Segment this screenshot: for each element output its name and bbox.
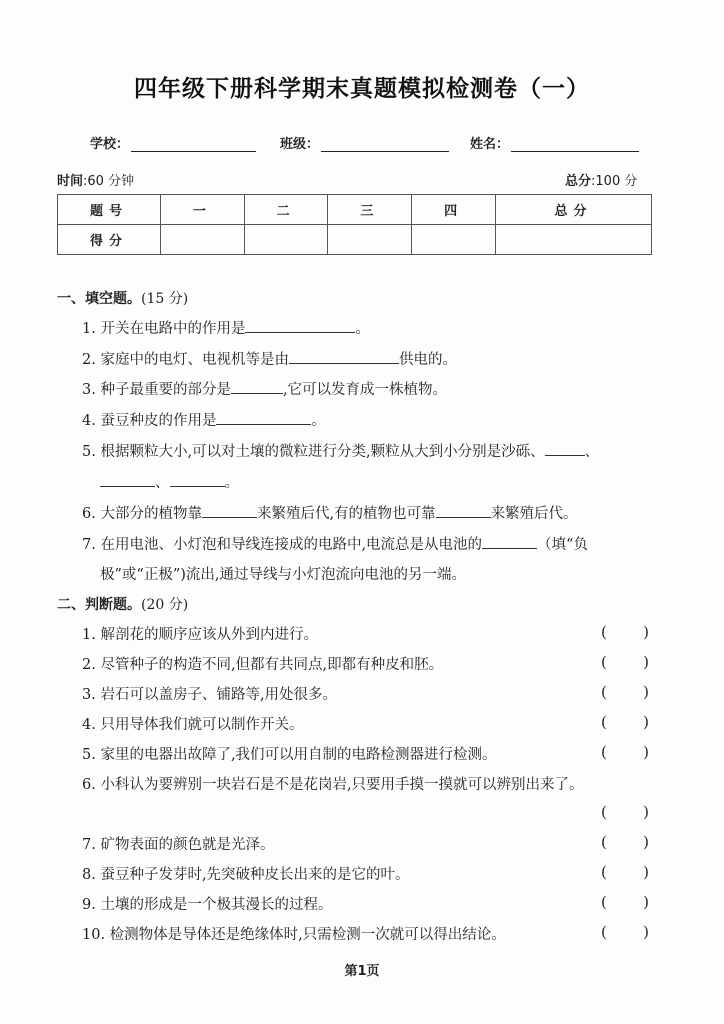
question-text: 。: [311, 413, 326, 429]
school-field: 学校：: [90, 133, 256, 152]
question-text: 尽管种子的构造不同,但都有共同点,即都有种皮和胚。: [100, 657, 443, 673]
paren-open: (: [601, 653, 607, 671]
header-cell: 三: [328, 195, 412, 225]
school-input-line[interactable]: [131, 137, 256, 152]
answer-blank[interactable]: [100, 472, 155, 487]
question-text: 解剖花的顺序应该从外到内进行。: [100, 627, 318, 643]
answer-blank[interactable]: [202, 503, 257, 518]
answer-blank[interactable]: [289, 349, 399, 364]
answer-blank[interactable]: [545, 441, 585, 456]
paren-close: ): [643, 683, 649, 701]
answer-blank[interactable]: [245, 318, 355, 333]
question-number: 10.: [82, 927, 105, 943]
fill-question-6: 6. 大部分的植物靠来繁殖后代,有的植物也可靠来繁殖后代。: [82, 502, 578, 523]
paren-close: ): [643, 713, 649, 731]
question-text: ,它可以发育成一株植物。: [283, 382, 447, 398]
question-number: 3.: [82, 687, 96, 703]
question-number: 5.: [82, 444, 96, 460]
header-cell: 四: [412, 195, 496, 225]
question-text: 家庭中的电灯、电视机等是由: [100, 352, 289, 368]
answer-blank[interactable]: [436, 503, 491, 518]
question-text: 小科认为要辨别一块岩石是不是花岗岩,只要用手摸一摸就可以辨别出来了。: [100, 777, 583, 793]
score-table-score-row: 得分: [58, 225, 652, 255]
header-cell: 二: [244, 195, 328, 225]
paren-open: (: [601, 623, 607, 641]
fill-question-1: 1. 开关在电路中的作用是。: [82, 317, 370, 338]
question-text: 种子最重要的部分是: [100, 382, 231, 398]
section1-title: 一、填空题。: [57, 291, 141, 307]
answer-parentheses[interactable]: (): [601, 863, 649, 881]
question-number: 6.: [82, 506, 96, 522]
question-number: 3.: [82, 382, 96, 398]
paren-open: (: [601, 923, 607, 941]
class-field: 班级：: [280, 133, 449, 152]
answer-parentheses[interactable]: (): [601, 653, 649, 671]
judge-question-4: 4. 只用导体我们就可以制作开关。: [82, 713, 303, 734]
total-value: :100 分: [591, 174, 637, 189]
page-number: 第1页: [0, 960, 724, 979]
question-text: 、: [155, 475, 170, 491]
question-text: 矿物表面的颜色就是光泽。: [100, 837, 274, 853]
paren-close: ): [643, 833, 649, 851]
answer-blank[interactable]: [170, 472, 225, 487]
section1-heading: 一、填空题。(15 分): [57, 288, 188, 308]
question-text: 。: [355, 321, 370, 337]
paren-open: (: [601, 803, 607, 821]
paren-close: ): [643, 653, 649, 671]
score-cell[interactable]: [495, 225, 651, 255]
paren-close: ): [643, 743, 649, 761]
paren-close: ): [643, 863, 649, 881]
question-text: 来繁殖后代。: [491, 506, 578, 522]
paren-open: (: [601, 863, 607, 881]
fill-question-7-line2: 极”或“正极”)流出,通过导线与小灯泡流向电池的另一端。: [100, 563, 466, 584]
answer-parentheses[interactable]: (): [601, 833, 649, 851]
paren-open: (: [601, 683, 607, 701]
judge-question-5: 5. 家里的电器出故障了,我们可以用自制的电路检测器进行检测。: [82, 743, 497, 764]
question-number: 4.: [82, 717, 96, 733]
paren-open: (: [601, 893, 607, 911]
header-cell: 一: [161, 195, 245, 225]
total-label: 总分: [565, 174, 591, 189]
question-text: （填“负: [537, 537, 588, 553]
answer-parentheses[interactable]: (): [601, 623, 649, 641]
question-text: 蚕豆种皮的作用是: [100, 413, 216, 429]
section1-points: (15 分): [141, 291, 188, 307]
section2-heading: 二、判断题。(20 分): [57, 594, 188, 614]
school-label: 学校：: [90, 133, 129, 152]
answer-parentheses[interactable]: (): [601, 743, 649, 761]
answer-parentheses[interactable]: (): [601, 713, 649, 731]
section2-points: (20 分): [141, 597, 188, 613]
question-text: 岩石可以盖房子、铺路等,用处很多。: [100, 687, 337, 703]
question-text: 、: [585, 444, 600, 460]
fill-question-5-line2: 、。: [100, 471, 239, 492]
question-number: 1.: [82, 627, 96, 643]
question-text: 供电的。: [399, 352, 457, 368]
question-number: 6.: [82, 777, 96, 793]
time-value: :60 分钟: [83, 174, 134, 189]
judge-question-10: 10. 检测物体是导体还是绝缘体时,只需检测一次就可以得出结论。: [82, 923, 506, 944]
question-text: 开关在电路中的作用是: [100, 321, 245, 337]
paren-close: ): [643, 623, 649, 641]
header-cell: 总分: [495, 195, 651, 225]
score-cell[interactable]: [244, 225, 328, 255]
paren-close: ): [643, 923, 649, 941]
fill-question-5: 5. 根据颗粒大小,可以对土壤的微粒进行分类,颗粒从大到小分别是沙砾、、: [82, 440, 599, 461]
judge-question-9: 9. 土壤的形成是一个极其漫长的过程。: [82, 893, 332, 914]
judge-question-8: 8. 蚕豆种子发芽时,先突破种皮长出来的是它的叶。: [82, 863, 410, 884]
question-text: 检测物体是导体还是绝缘体时,只需检测一次就可以得出结论。: [110, 927, 506, 943]
fill-question-7: 7. 在用电池、小灯泡和导线连接成的电路中,电流总是从电池的（填“负: [82, 533, 588, 554]
paren-open: (: [601, 833, 607, 851]
fill-question-4: 4. 蚕豆种皮的作用是。: [82, 409, 326, 430]
section2-title: 二、判断题。: [57, 597, 141, 613]
answer-parentheses[interactable]: (): [601, 893, 649, 911]
question-number: 5.: [82, 747, 96, 763]
score-table: 题号 一 二 三 四 总分 得分: [57, 194, 652, 255]
question-text: 家里的电器出故障了,我们可以用自制的电路检测器进行检测。: [100, 747, 496, 763]
total-info: 总分:100 分: [565, 170, 637, 189]
question-text: 在用电池、小灯泡和导线连接成的电路中,电流总是从电池的: [100, 537, 482, 553]
judge-question-7: 7. 矿物表面的颜色就是光泽。: [82, 833, 274, 854]
class-label: 班级：: [280, 133, 319, 152]
name-label: 姓名：: [470, 133, 509, 152]
score-table-header-row: 题号 一 二 三 四 总分: [58, 195, 652, 225]
time-label: 时间: [57, 174, 83, 189]
fill-question-3: 3. 种子最重要的部分是,它可以发育成一株植物。: [82, 378, 447, 399]
page-title: 四年级下册科学期末真题模拟检测卷（一）: [0, 70, 724, 103]
class-input-line[interactable]: [321, 137, 449, 152]
judge-question-6: 6. 小科认为要辨别一块岩石是不是花岗岩,只要用手摸一摸就可以辨别出来了。: [82, 773, 584, 794]
judge-question-2: 2. 尽管种子的构造不同,但都有共同点,即都有种皮和胚。: [82, 653, 443, 674]
question-number: 2.: [82, 657, 96, 673]
fill-question-2: 2. 家庭中的电灯、电视机等是由供电的。: [82, 348, 457, 369]
row-label: 得分: [58, 225, 161, 255]
name-field: 姓名：: [470, 133, 639, 152]
score-cell[interactable]: [412, 225, 496, 255]
question-text: 来繁殖后代,有的植物也可靠: [257, 506, 436, 522]
question-number: 1.: [82, 321, 96, 337]
answer-blank[interactable]: [482, 534, 537, 549]
question-text: 只用导体我们就可以制作开关。: [100, 717, 303, 733]
answer-blank[interactable]: [216, 410, 311, 425]
time-info: 时间:60 分钟: [57, 170, 134, 189]
question-number: 4.: [82, 413, 96, 429]
judge-question-1: 1. 解剖花的顺序应该从外到内进行。: [82, 623, 318, 644]
answer-parentheses[interactable]: (): [601, 683, 649, 701]
question-number: 7.: [82, 837, 96, 853]
score-cell[interactable]: [161, 225, 245, 255]
question-text: 根据颗粒大小,可以对土壤的微粒进行分类,颗粒从大到小分别是沙砾、: [100, 444, 544, 460]
question-number: 9.: [82, 897, 96, 913]
question-text: 。: [225, 475, 240, 491]
paren-close: ): [643, 893, 649, 911]
question-number: 7.: [82, 537, 96, 553]
paren-close: ): [643, 803, 649, 821]
question-number: 2.: [82, 352, 96, 368]
question-text: 蚕豆种子发芽时,先突破种皮长出来的是它的叶。: [100, 867, 409, 883]
question-text: 极”或“正极”)流出,通过导线与小灯泡流向电池的另一端。: [100, 567, 466, 583]
question-text: 土壤的形成是一个极其漫长的过程。: [100, 897, 332, 913]
answer-parentheses[interactable]: (): [601, 923, 649, 941]
score-cell[interactable]: [328, 225, 412, 255]
answer-parentheses[interactable]: (): [601, 803, 649, 821]
question-number: 8.: [82, 867, 96, 883]
judge-question-3: 3. 岩石可以盖房子、铺路等,用处很多。: [82, 683, 337, 704]
paren-open: (: [601, 743, 607, 761]
paren-open: (: [601, 713, 607, 731]
header-cell: 题号: [58, 195, 161, 225]
answer-blank[interactable]: [231, 379, 283, 394]
name-input-line[interactable]: [511, 137, 639, 152]
question-text: 大部分的植物靠: [100, 506, 202, 522]
